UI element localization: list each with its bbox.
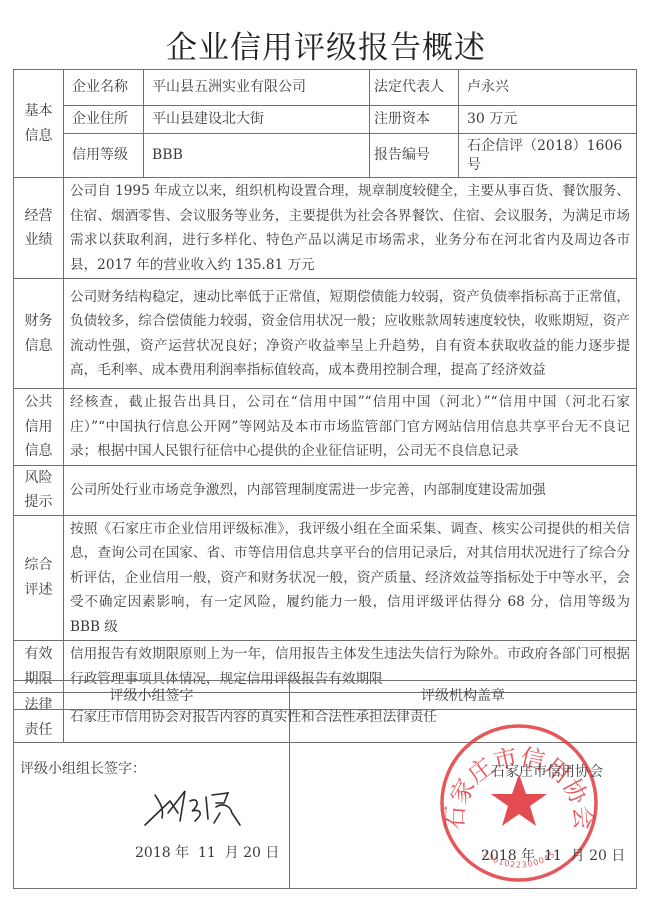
field-label: 注册资本 <box>370 106 459 134</box>
signature-header-row: 评级小组签字 评级机构盖章 <box>14 681 637 710</box>
right-date: 2018 年 11 月 20 日 <box>481 845 625 865</box>
section-label: 综合评述 <box>14 515 64 641</box>
field-value: 卢永兴 <box>459 70 637 106</box>
left-date: 2018 年 11 月 20 日 <box>135 842 279 862</box>
section-label: 经营业绩 <box>14 178 64 279</box>
field-label: 信用等级 <box>64 134 144 178</box>
section-row: 综合评述 按照《石家庄市企业信用评级标准》，我评级小组在全面采集、调查、核实公司… <box>14 515 637 641</box>
handwritten-signature <box>140 773 250 833</box>
field-label: 报告编号 <box>370 134 459 178</box>
section-label: 财务信息 <box>14 279 64 389</box>
field-value: 平山县五洲实业有限公司 <box>144 70 370 106</box>
org-name: 石家庄市信用协会 <box>491 761 603 781</box>
section-text: 按照《石家庄市企业信用评级标准》，我评级小组在全面采集、调查、核实公司提供的相关… <box>64 515 637 641</box>
section-row: 风险提示 公司所处行业市场竞争激烈，内部管理制度需进一步完善，内部制度建设需加强 <box>14 465 637 515</box>
section-text: 经核查，截止报告出具日，公司在“信用中国”“信用中国（河北）”“信用中国（河北石… <box>64 389 637 466</box>
report-number-value: 石企信评（2018）1606号 <box>459 134 637 178</box>
field-value: BBB <box>144 134 370 178</box>
field-label: 企业名称 <box>64 70 144 106</box>
field-value: 30 万元 <box>459 106 637 134</box>
section-label: 风险提示 <box>14 465 64 515</box>
page-title: 企业信用评级报告概述 <box>0 22 652 67</box>
section-row: 财务信息 公司财务结构稳定，速动比率低于正常值，短期偿债能力较弱，资产负债率指标… <box>14 279 637 389</box>
field-label: 企业住所 <box>64 106 144 134</box>
rating-org-seal-header: 评级机构盖章 <box>290 681 637 710</box>
report-table: 基本信息 企业名称 平山县五洲实业有限公司 法定代表人 卢永兴 企业住所 平山县… <box>13 69 637 743</box>
rating-group-signature-header: 评级小组签字 <box>14 681 290 710</box>
section-label: 公共信用信息 <box>14 389 64 466</box>
field-value: 平山县建设北大街 <box>144 106 370 134</box>
basic-row: 信用等级 BBB 报告编号 石企信评（2018）1606号 <box>14 134 637 178</box>
section-label-basic: 基本信息 <box>14 70 64 178</box>
section-text: 公司所处行业市场竞争激烈，内部管理制度需进一步完善，内部制度建设需加强 <box>64 465 637 515</box>
basic-row: 基本信息 企业名称 平山县五洲实业有限公司 法定代表人 卢永兴 <box>14 70 637 106</box>
section-text: 公司自 1995 年成立以来，组织机构设置合理，规章制度较健全，主要从事百货、餐… <box>64 178 637 279</box>
leader-signature-label: 评级小组组长签字： <box>20 758 146 778</box>
basic-row: 企业住所 平山县建设北大街 注册资本 30 万元 <box>14 106 637 134</box>
section-text: 公司财务结构稳定，速动比率低于正常值，短期偿债能力较弱，资产负债率指标高于正常值… <box>64 279 637 389</box>
section-row: 经营业绩 公司自 1995 年成立以来，组织机构设置合理，规章制度较健全，主要从… <box>14 178 637 279</box>
field-label: 法定代表人 <box>370 70 459 106</box>
section-row: 公共信用信息 经核查，截止报告出具日，公司在“信用中国”“信用中国（河北）”“信… <box>14 389 637 466</box>
